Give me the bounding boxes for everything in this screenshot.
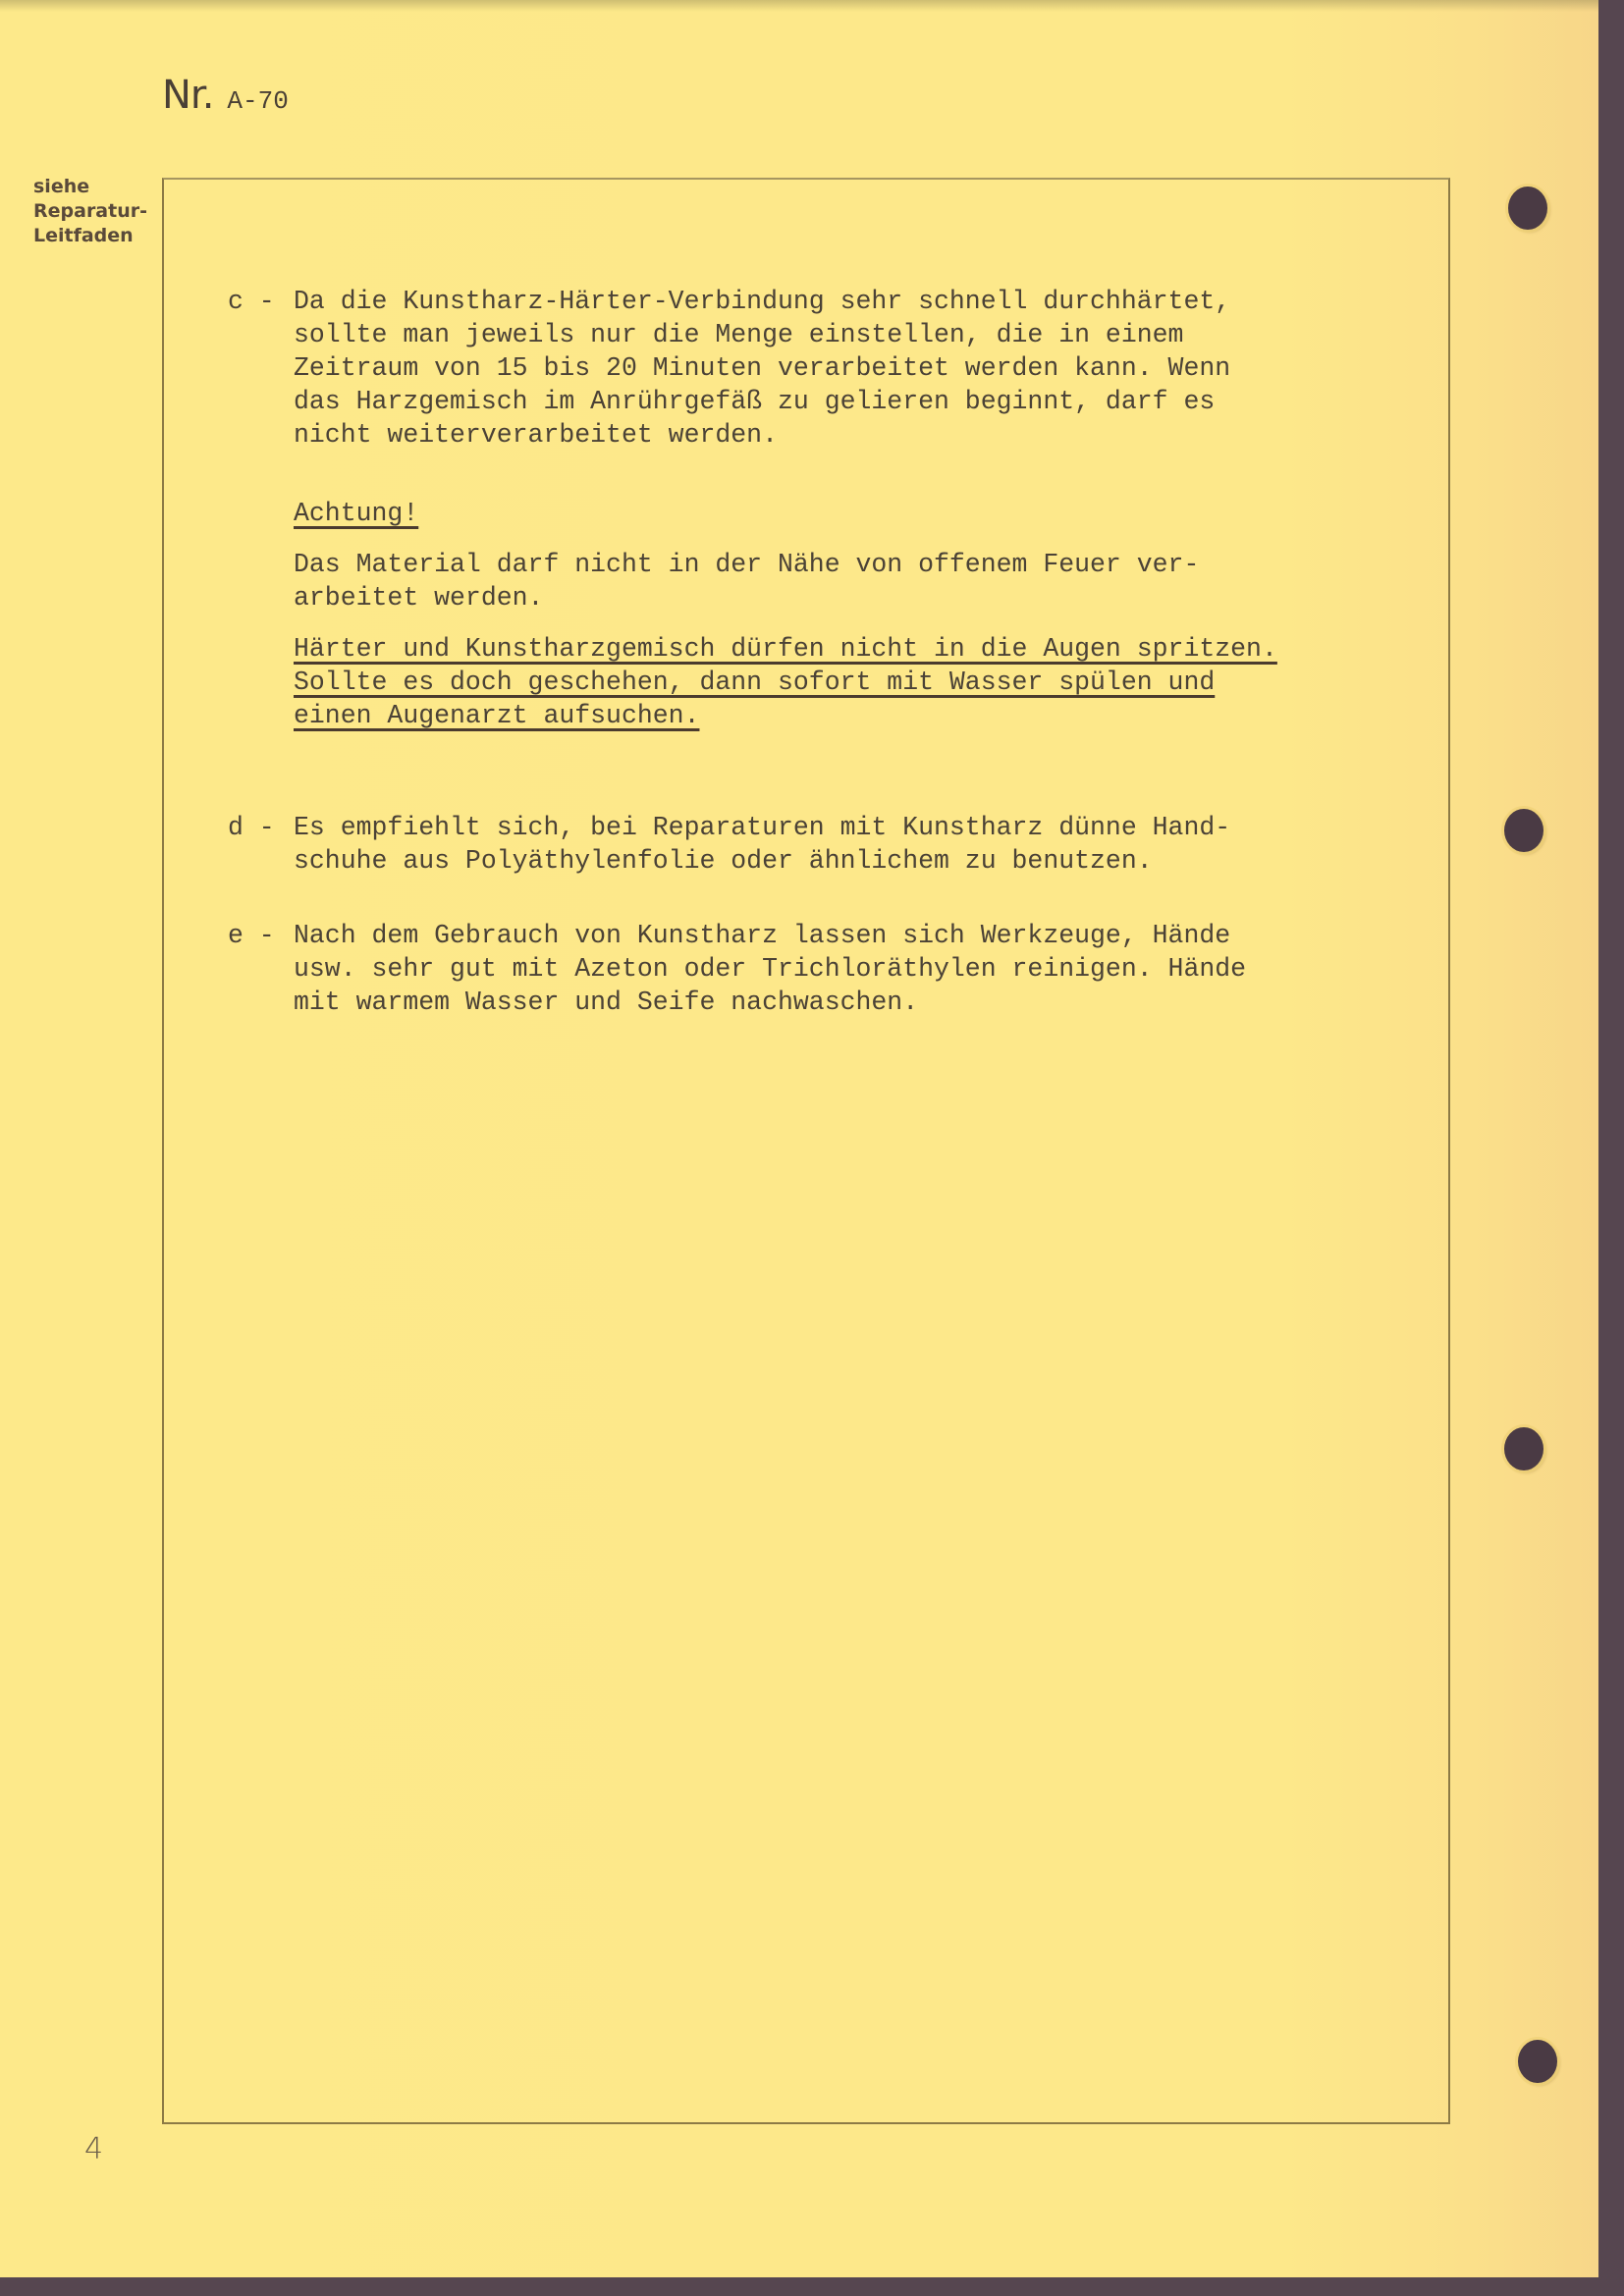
text-line: sollte man jeweils nur die Menge einstel… (294, 318, 1230, 351)
text-line: nicht weiterverarbeitet werden. (294, 418, 1230, 452)
punch-hole-icon (1504, 1427, 1543, 1470)
page-shadow (0, 0, 1598, 12)
text-line: Es empfiehlt sich, bei Reparaturen mit K… (294, 811, 1230, 844)
list-item-c: c - Da die Kunstharz-Härter-Verbindung s… (228, 285, 1230, 452)
side-note-reference: siehe Reparatur- Leitfaden (33, 175, 147, 248)
document-number: Nr.A-70 (162, 73, 289, 118)
text-line: schuhe aus Polyäthylenfolie oder ähnlich… (294, 844, 1230, 878)
side-note-line: Reparatur- (33, 199, 147, 224)
warning-underlined-line: Sollte es doch geschehen, dann sofort mi… (294, 667, 1215, 697)
text-line: Das Material darf nicht in der Nähe von … (294, 548, 1277, 581)
text-line: Da die Kunstharz-Härter-Verbindung sehr … (294, 285, 1230, 318)
item-marker: e - (228, 919, 294, 1019)
side-note-line: Leitfaden (33, 224, 147, 248)
list-item-e: e - Nach dem Gebrauch von Kunstharz lass… (228, 919, 1246, 1019)
page-number: 4 (84, 2132, 103, 2166)
warning-block: Achtung! Das Material darf nicht in der … (294, 497, 1277, 732)
text-line: Nach dem Gebrauch von Kunstharz lassen s… (294, 919, 1246, 952)
text-line: das Harzgemisch im Anrührgefäß zu gelier… (294, 385, 1230, 418)
content-frame (162, 178, 1450, 2124)
text-line: Zeitraum von 15 bis 20 Minuten verarbeit… (294, 351, 1230, 385)
text-line: mit warmem Wasser und Seife nachwaschen. (294, 986, 1246, 1019)
warning-underlined-line: einen Augenarzt aufsuchen. (294, 701, 699, 730)
document-code: A-70 (227, 86, 288, 116)
item-marker: d - (228, 811, 294, 878)
warning-underlined-line: Härter und Kunstharzgemisch dürfen nicht… (294, 634, 1277, 664)
item-marker: c - (228, 285, 294, 452)
punch-hole-icon (1504, 809, 1543, 852)
text-line: usw. sehr gut mit Azeton oder Trichlorät… (294, 952, 1246, 986)
text-line: arbeitet werden. (294, 581, 1277, 614)
number-label: Nr. (162, 73, 213, 118)
side-note-line: siehe (33, 175, 147, 199)
punch-hole-icon (1518, 2040, 1557, 2083)
punch-hole-icon (1508, 187, 1547, 230)
list-item-d: d - Es empfiehlt sich, bei Reparaturen m… (228, 811, 1230, 878)
warning-title: Achtung! (294, 497, 1277, 530)
document-page: Nr.A-70 siehe Reparatur- Leitfaden c - D… (0, 0, 1598, 2277)
